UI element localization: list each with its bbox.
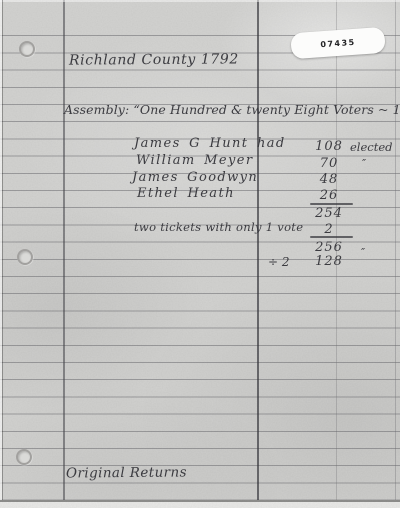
vote-count: 48 [306, 172, 352, 187]
final-result-value: 128 [306, 254, 352, 269]
ditto-mark: ″ [361, 246, 365, 259]
label-number: 07435 [320, 37, 356, 48]
faint-edge-line [395, 0, 396, 508]
sum-underline [310, 236, 353, 238]
left-scan-shadow [2, 0, 3, 508]
bottom-paper-edge [0, 500, 400, 508]
total-value: 256 [306, 240, 352, 255]
hole-punch [16, 449, 32, 465]
candidate-name: William Meyer [136, 153, 253, 168]
candidate-name: James Goodwyn [132, 170, 258, 185]
elected-note: elected [350, 140, 393, 154]
tickets-vote-count: 2 [306, 222, 352, 237]
division-note: ÷ 2 [268, 255, 290, 269]
tickets-note: two tickets with only 1 vote [134, 220, 303, 234]
sum-underline [310, 203, 353, 205]
ditto-mark: ″ [362, 157, 366, 170]
vote-count: 70 [306, 156, 352, 171]
candidate-name: Ethel Heath [137, 186, 235, 201]
hole-punch [17, 249, 33, 265]
subtotal-value: 254 [306, 206, 352, 221]
vote-count: 108 [306, 139, 352, 154]
fold-line [257, 0, 259, 508]
assembly-heading: Assembly: “One Hundred & twenty Eight Vo… [64, 102, 400, 117]
margin-line [63, 0, 65, 508]
scanned-document-page: 07435 Richland County 1792 Assembly: “On… [0, 0, 400, 508]
vote-count: 26 [306, 188, 352, 203]
candidate-name: James G Hunt had [134, 136, 286, 151]
county-title: Richland County 1792 [69, 51, 239, 68]
original-returns-note: Original Returns [66, 464, 187, 481]
hole-punch [19, 41, 35, 57]
top-scan-edge [0, 0, 400, 2]
